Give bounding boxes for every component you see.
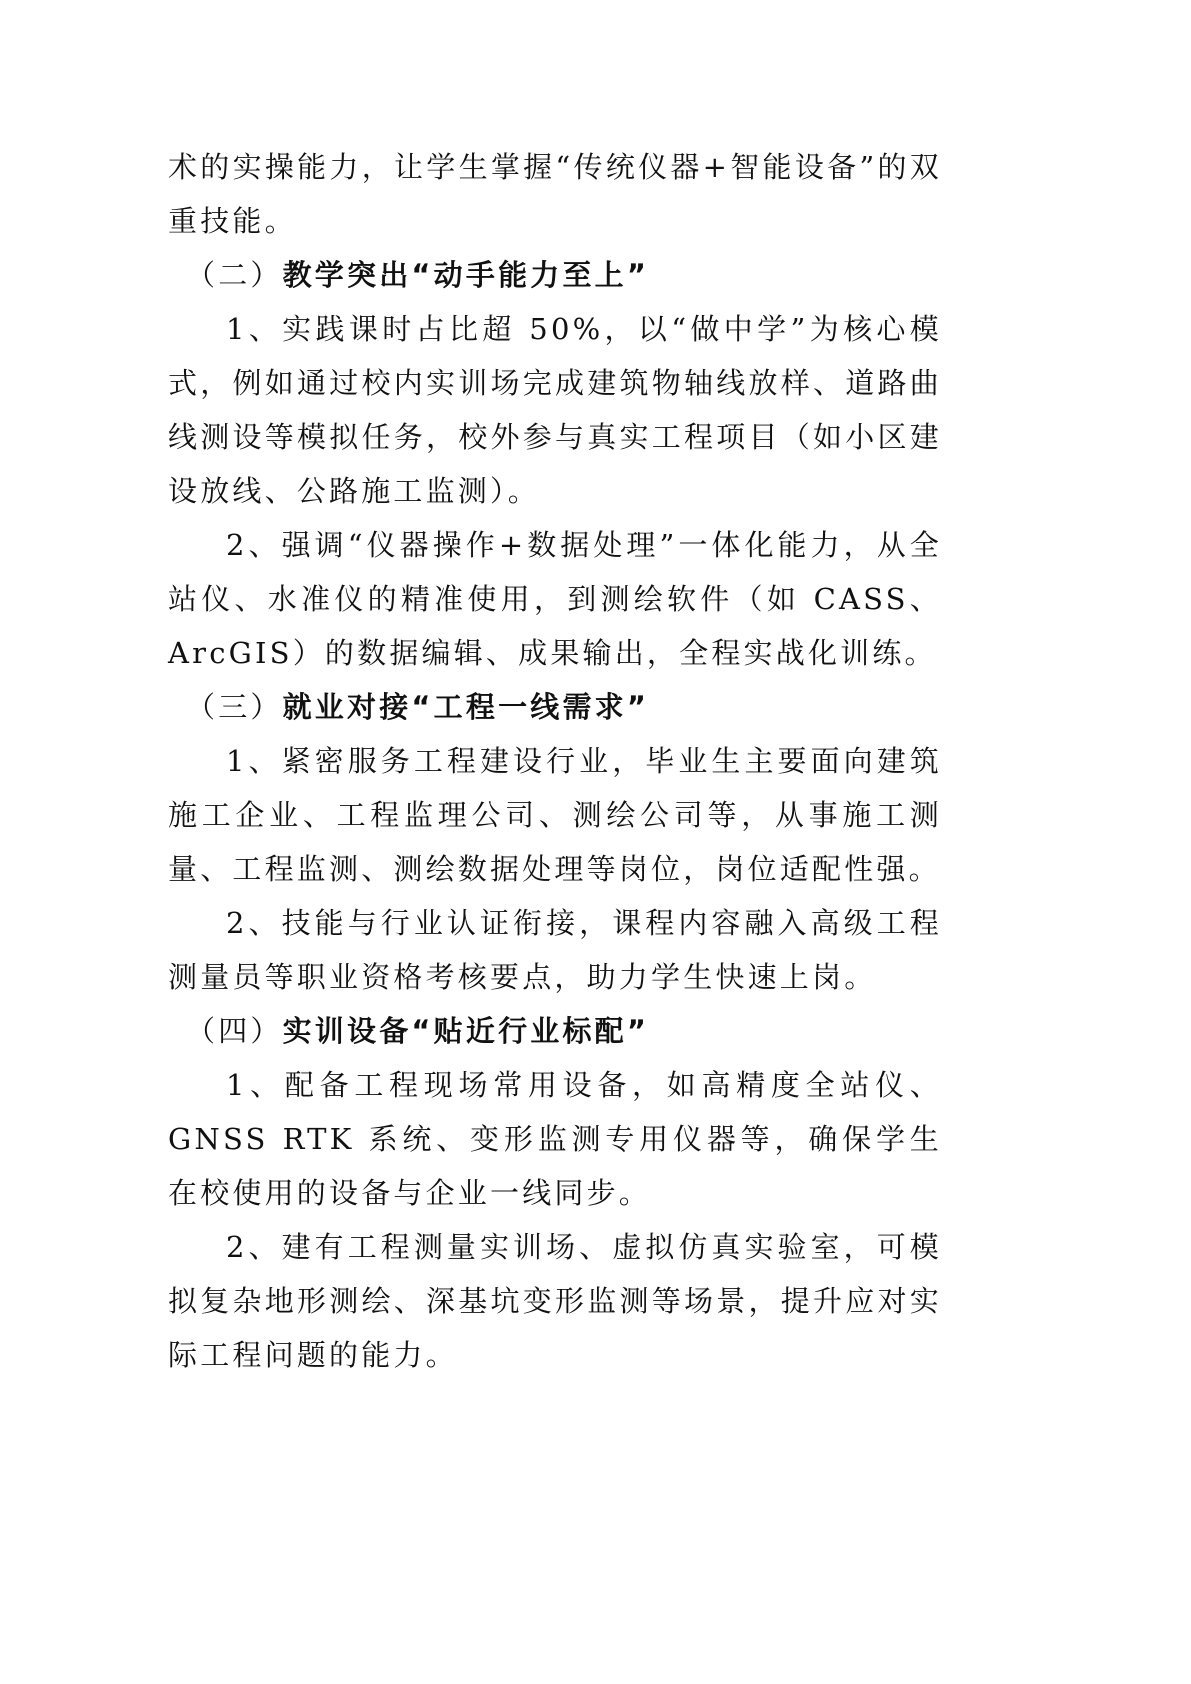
paragraph: 2、强调“仪器操作+数据处理”一体化能力，从全站仪、水准仪的精准使用，到测绘软件… bbox=[168, 518, 942, 680]
continuation-paragraph: 术的实操能力，让学生掌握“传统仪器+智能设备”的双重技能。 bbox=[168, 140, 942, 248]
section-heading-2: （二）教学突出“动手能力至上” bbox=[168, 248, 942, 302]
paragraph: 1、配备工程现场常用设备，如高精度全站仪、GNSS RTK 系统、变形监测专用仪… bbox=[168, 1058, 942, 1220]
section-heading-3: （三）就业对接“工程一线需求” bbox=[168, 680, 942, 734]
paragraph: 1、紧密服务工程建设行业，毕业生主要面向建筑施工企业、工程监理公司、测绘公司等，… bbox=[168, 734, 942, 896]
section-title: 教学突出“动手能力至上” bbox=[283, 258, 650, 292]
paragraph: 2、建有工程测量实训场、虚拟仿真实验室，可模拟复杂地形测绘、深基坑变形监测等场景… bbox=[168, 1220, 942, 1382]
paragraph: 1、实践课时占比超 50%，以“做中学”为核心模式，例如通过校内实训场完成建筑物… bbox=[168, 302, 942, 518]
section-number: （三） bbox=[186, 690, 283, 724]
document-page: 术的实操能力，让学生掌握“传统仪器+智能设备”的双重技能。 （二）教学突出“动手… bbox=[168, 140, 942, 1382]
section-heading-4: （四）实训设备“贴近行业标配” bbox=[168, 1004, 942, 1058]
section-title: 就业对接“工程一线需求” bbox=[283, 690, 650, 724]
paragraph: 2、技能与行业认证衔接，课程内容融入高级工程测量员等职业资格考核要点，助力学生快… bbox=[168, 896, 942, 1004]
section-number: （四） bbox=[186, 1014, 283, 1048]
section-number: （二） bbox=[186, 258, 283, 292]
section-title: 实训设备“贴近行业标配” bbox=[283, 1014, 650, 1048]
